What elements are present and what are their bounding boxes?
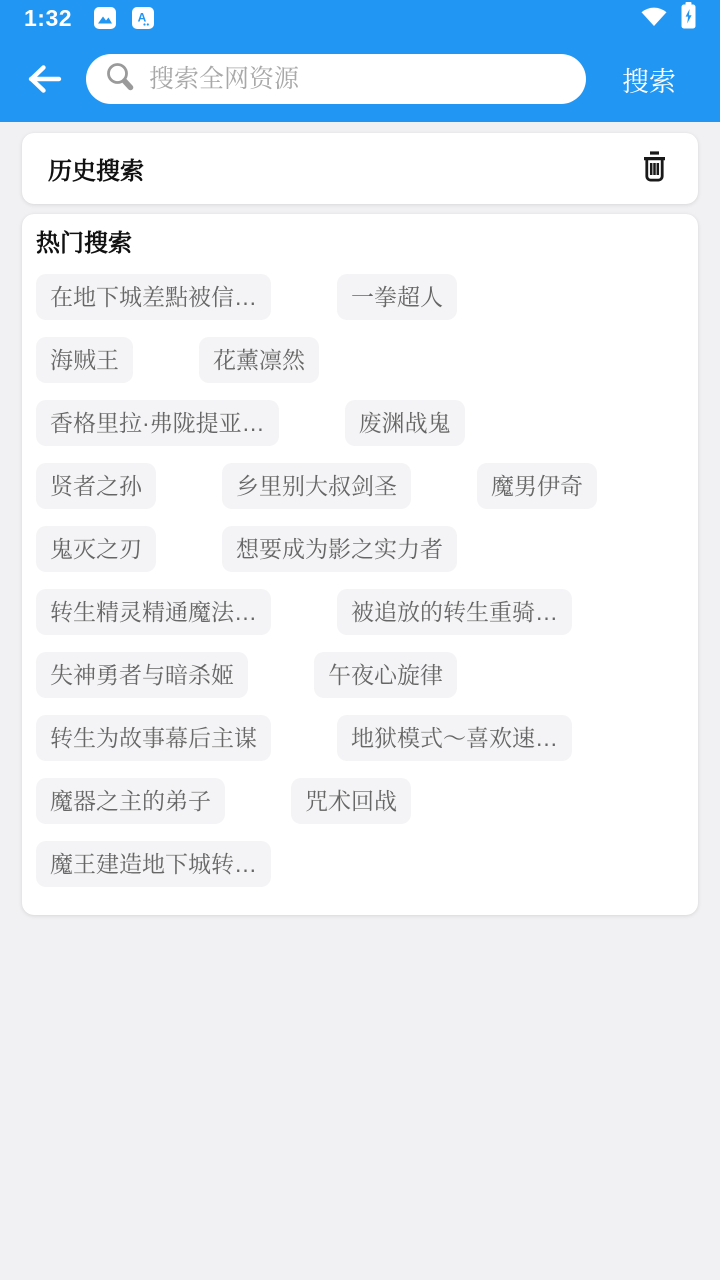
hot-search-chip[interactable]: 午夜心旋律 xyxy=(314,652,457,698)
hot-search-chip[interactable]: 魔男伊奇 xyxy=(477,463,597,509)
clock: 1:32 xyxy=(24,5,72,32)
search-input[interactable] xyxy=(149,65,568,94)
trash-icon xyxy=(639,150,670,187)
hot-search-chip[interactable]: 魔王建造地下城转… xyxy=(36,841,271,887)
svg-text:A: A xyxy=(138,11,147,25)
hot-search-chip[interactable]: 废渊战鬼 xyxy=(345,400,465,446)
wifi-icon xyxy=(640,5,668,32)
hot-search-chip[interactable]: 鬼灭之刃 xyxy=(36,526,156,572)
hot-search-row: 魔器之主的弟子咒术回战 xyxy=(36,778,684,824)
hot-search-row: 转生精灵精通魔法…被追放的转生重骑… xyxy=(36,589,684,635)
hot-search-chip[interactable]: 海贼王 xyxy=(36,337,133,383)
hot-search-chip[interactable]: 一拳超人 xyxy=(337,274,457,320)
hot-search-chip[interactable]: 失神勇者与暗杀姬 xyxy=(36,652,248,698)
hot-search-row: 鬼灭之刃想要成为影之实力者 xyxy=(36,526,684,572)
hot-search-row: 在地下城差點被信…一拳超人 xyxy=(36,274,684,320)
hot-search-chip[interactable]: 转生为故事幕后主谋 xyxy=(36,715,271,761)
letter-a-notification-icon: A xyxy=(132,7,154,29)
search-bar-row: 搜索 xyxy=(0,36,720,122)
hot-search-chip[interactable]: 魔器之主的弟子 xyxy=(36,778,225,824)
back-button[interactable] xyxy=(26,63,64,95)
status-bar: 1:32 A xyxy=(0,0,720,36)
hot-search-chip[interactable]: 贤者之孙 xyxy=(36,463,156,509)
hot-search-chip[interactable]: 被追放的转生重骑… xyxy=(337,589,572,635)
hot-search-chip[interactable]: 转生精灵精通魔法… xyxy=(36,589,271,635)
hot-search-chip[interactable]: 乡里别大叔剑圣 xyxy=(222,463,411,509)
hot-search-chip[interactable]: 花薰凛然 xyxy=(199,337,319,383)
app-header: 1:32 A xyxy=(0,0,720,122)
hot-search-chip[interactable]: 香格里拉·弗陇提亚… xyxy=(36,400,279,446)
notification-icons: A xyxy=(94,7,154,29)
search-submit-button[interactable]: 搜索 xyxy=(620,56,678,103)
hot-search-title: 热门搜索 xyxy=(36,230,684,258)
history-search-card: 历史搜索 xyxy=(22,133,698,204)
hot-search-chip[interactable]: 咒术回战 xyxy=(291,778,411,824)
hot-search-chip[interactable]: 在地下城差點被信… xyxy=(36,274,271,320)
search-icon xyxy=(104,61,136,98)
history-search-title: 历史搜索 xyxy=(48,151,144,186)
hot-search-row: 失神勇者与暗杀姬午夜心旋律 xyxy=(36,652,684,698)
status-right-icons xyxy=(640,2,696,34)
hot-search-row: 海贼王花薰凛然 xyxy=(36,337,684,383)
search-field-container xyxy=(86,54,586,104)
hot-search-chip[interactable]: 地狱模式～喜欢速… xyxy=(337,715,572,761)
hot-search-row: 魔王建造地下城转… xyxy=(36,841,684,887)
hot-search-row: 贤者之孙乡里别大叔剑圣魔男伊奇 xyxy=(36,463,684,509)
hot-search-row: 香格里拉·弗陇提亚…废渊战鬼 xyxy=(36,400,684,446)
search-screen: 1:32 A xyxy=(0,0,720,1280)
hot-search-chip[interactable]: 想要成为影之实力者 xyxy=(222,526,457,572)
image-notification-icon xyxy=(94,7,116,29)
battery-charging-icon xyxy=(681,2,696,34)
clear-history-button[interactable] xyxy=(637,148,672,189)
hot-search-row: 转生为故事幕后主谋地狱模式～喜欢速… xyxy=(36,715,684,761)
hot-search-tags: 在地下城差點被信…一拳超人海贼王花薰凛然香格里拉·弗陇提亚…废渊战鬼贤者之孙乡里… xyxy=(36,274,684,887)
hot-search-card: 热门搜索 在地下城差點被信…一拳超人海贼王花薰凛然香格里拉·弗陇提亚…废渊战鬼贤… xyxy=(22,214,698,915)
